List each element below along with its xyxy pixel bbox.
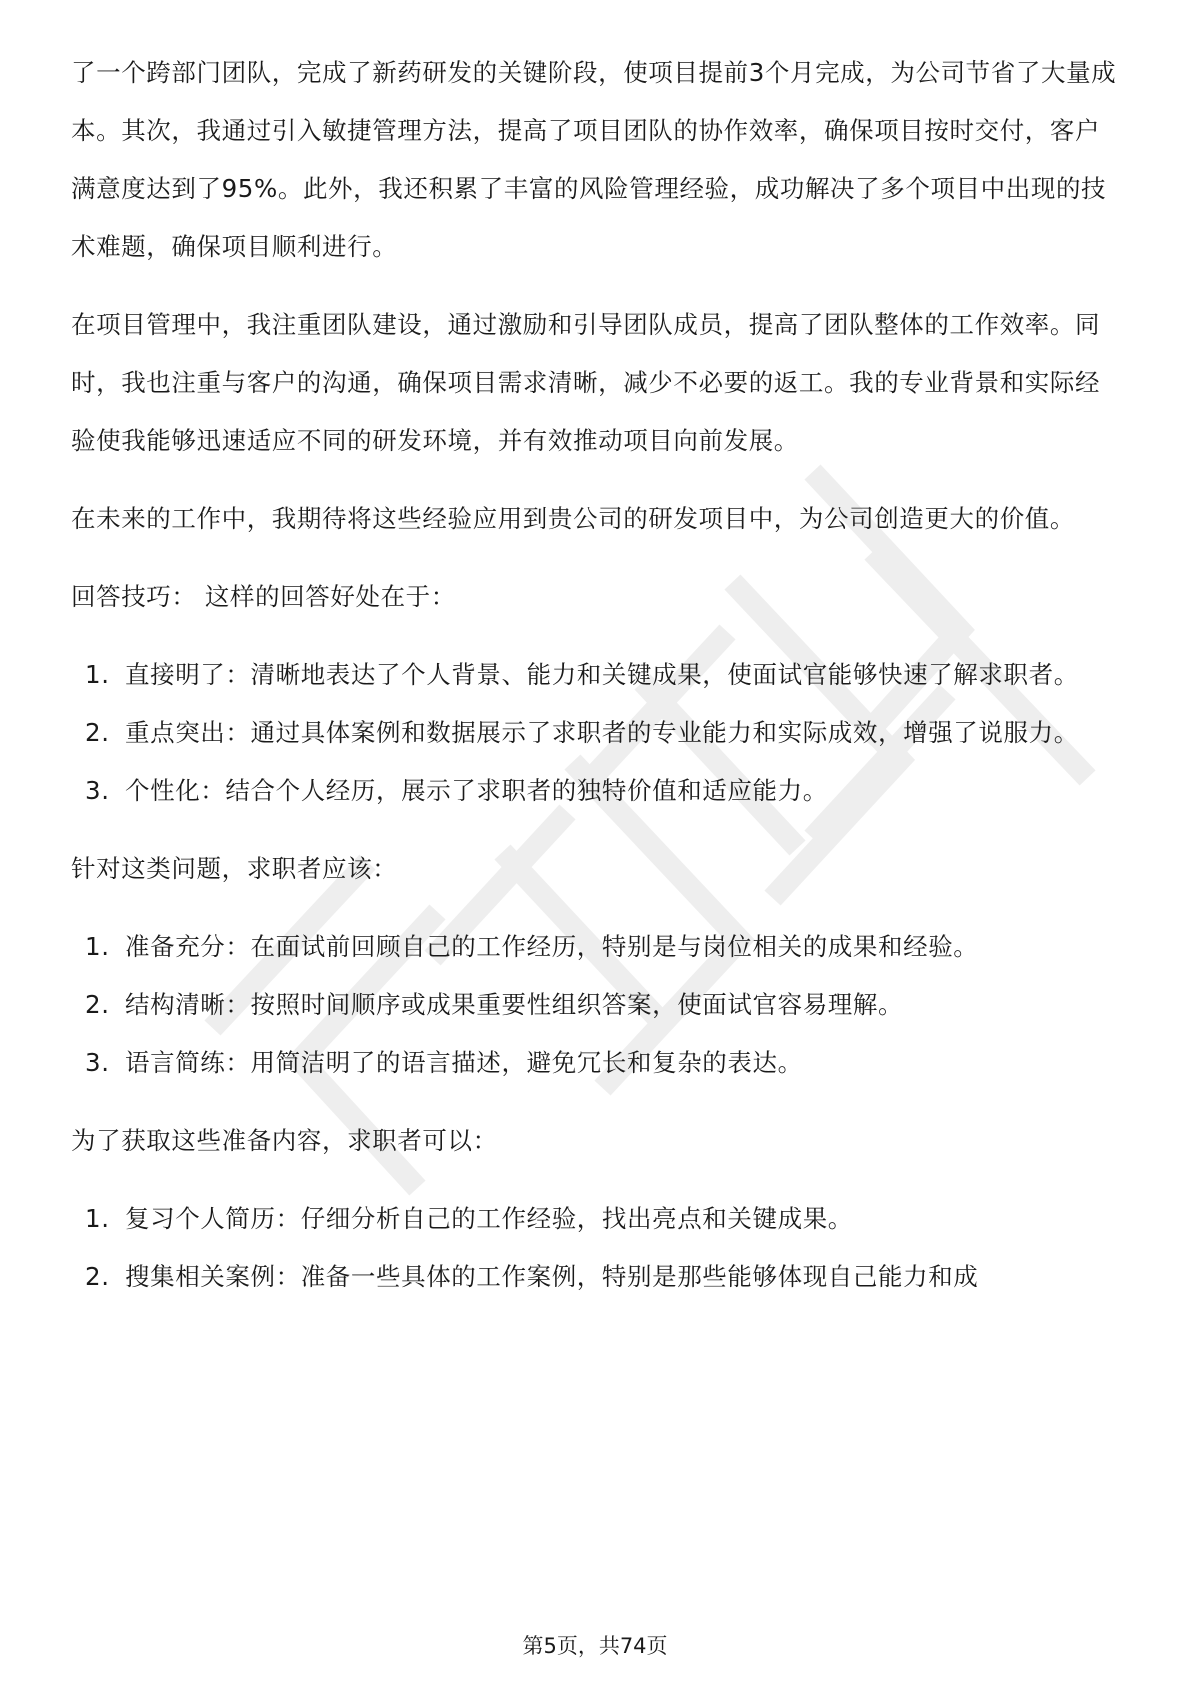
list-item: 2.重点突出：通过具体案例和数据展示了求职者的专业能力和实际成效，增强了说服力。 xyxy=(71,704,1121,762)
list-item: 3.个性化：结合个人经历，展示了求职者的独特价值和适应能力。 xyxy=(71,762,1121,820)
list-item: 3.语言简练：用简洁明了的语言描述，避免冗长和复杂的表达。 xyxy=(71,1034,1121,1092)
should-list: 1.准备充分：在面试前回顾自己的工作经历，特别是与岗位相关的成果和经验。 2.结… xyxy=(71,918,1121,1092)
should-heading: 针对这类问题，求职者应该： xyxy=(71,840,1121,898)
list-item: 1.准备充分：在面试前回顾自己的工作经历，特别是与岗位相关的成果和经验。 xyxy=(71,918,1121,976)
page-number: 第5页，共74页 xyxy=(0,1630,1190,1660)
tips-heading: 回答技巧： 这样的回答好处在于： xyxy=(71,568,1121,626)
list-item: 1.复习个人简历：仔细分析自己的工作经验，找出亮点和关键成果。 xyxy=(71,1190,1121,1248)
list-item: 2.结构清晰：按照时间顺序或成果重要性组织答案，使面试官容易理解。 xyxy=(71,976,1121,1034)
document-page: 了一个跨部门团队，完成了新药研发的关键阶段，使项目提前3个月完成，为公司节省了大… xyxy=(71,44,1121,1326)
list-item: 1.直接明了：清晰地表达了个人背景、能力和关键成果，使面试官能够快速了解求职者。 xyxy=(71,646,1121,704)
prepare-list: 1.复习个人简历：仔细分析自己的工作经验，找出亮点和关键成果。 2.搜集相关案例… xyxy=(71,1190,1121,1306)
prepare-heading: 为了获取这些准备内容，求职者可以： xyxy=(71,1112,1121,1170)
paragraph-future: 在未来的工作中，我期待将这些经验应用到贵公司的研发项目中，为公司创造更大的价值。 xyxy=(71,490,1121,548)
paragraph-achievements: 了一个跨部门团队，完成了新药研发的关键阶段，使项目提前3个月完成，为公司节省了大… xyxy=(71,44,1121,276)
tips-list: 1.直接明了：清晰地表达了个人背景、能力和关键成果，使面试官能够快速了解求职者。… xyxy=(71,646,1121,820)
paragraph-team-management: 在项目管理中，我注重团队建设，通过激励和引导团队成员，提高了团队整体的工作效率。… xyxy=(71,296,1121,470)
list-item: 2.搜集相关案例：准备一些具体的工作案例，特别是那些能够体现自己能力和成 xyxy=(71,1248,1121,1306)
